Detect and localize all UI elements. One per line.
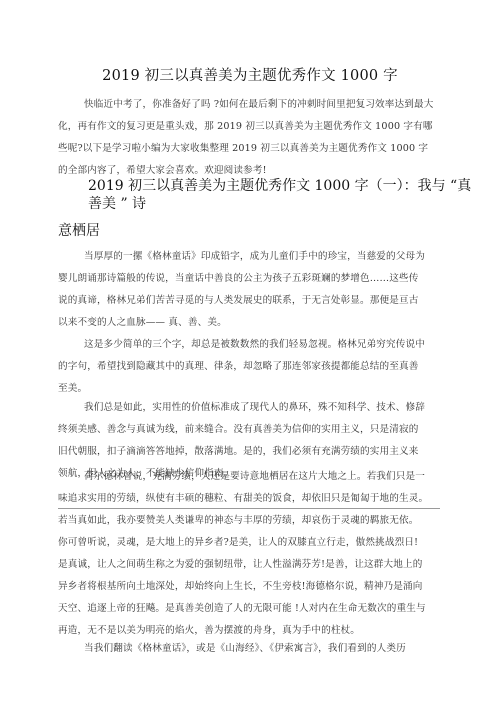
- text-line: 你可曾听说，灵魂，是大地上的异乡者?是美，让人的双膝直立行走，傲然挑战烈日!: [58, 532, 442, 554]
- text-line: 当厚厚的一摞《格林童话》印成铅字，成为儿童们手中的珍宝，当慈爱的父母为: [58, 246, 442, 268]
- text-line: 荷尔德林曾说，充满劳绩，人还是要诗意地栖居在这片大地之上。若我们只是一: [58, 466, 442, 488]
- text-line: 婴儿朗诵那诗篇般的传说，当童话中善良的公主为孩子五彩斑斓的梦增色……这些传: [58, 268, 442, 290]
- text-line: 这是多少简单的三个字，却总是被数数然的我们轻易忽视。格林兄弟穷究传说中: [58, 334, 442, 356]
- text-line: 化，再有作文的复习更是重头戏，那 2019 初三以真善美为主题优秀作文 1000…: [58, 116, 442, 138]
- text-line: 快临近中考了，你准备好了吗 ?如何在最后剩下的冲刺时间里把复习效率达到最大: [58, 94, 442, 116]
- body-paragraph-1: 当厚厚的一摞《格林童话》印成铅字，成为儿童们手中的珍宝，当慈爱的父母为 婴儿朗诵…: [58, 246, 442, 334]
- body-paragraph-2: 这是多少简单的三个字，却总是被数数然的我们轻易忽视。格林兄弟穷究传说中 的字句，…: [58, 334, 442, 400]
- body-paragraph-4: 荷尔德林曾说，充满劳绩，人还是要诗意地栖居在这片大地之上。若我们只是一 味追求实…: [58, 466, 442, 642]
- text-line: 我们总是如此，实用性的价值标准成了现代人的鼻环，殊不知科学、技术、修辞: [58, 397, 442, 419]
- text-line: 以来不变的人之血脉—— 真、善、美。: [58, 312, 442, 334]
- horizontal-divider: [58, 508, 440, 509]
- text-line: 旧代朝服，扣子滴滴答答地掉，散落满地。是的，我们必须有充满劳绩的实用主义来: [58, 441, 442, 463]
- heading-line: 2019 初三以真善美为主题优秀作文 1000 字（一）：我与 “真: [88, 177, 448, 195]
- text-line: 当我们翻读《格林童话》，或是《山海经》、《伊索寓言》，我们看到的人类历: [58, 638, 442, 660]
- text-line: 是真诚，让人之间萌生称之为爱的强韧纽带，让人性溢满芬芳!是善，让这群大地上的: [58, 554, 442, 576]
- text-line: 些呢?以下是学习啦小编为大家收集整理 2019 初三以真善美为主题优秀作文 10…: [58, 138, 442, 160]
- text-line: 若当真如此，我亦要赞美人类谦卑的神态与丰厚的劳绩，却哀伤于灵魂的羁旅无依。: [58, 510, 442, 532]
- intro-paragraph: 快临近中考了，你准备好了吗 ?如何在最后剩下的冲刺时间里把复习效率达到最大 化，…: [58, 94, 442, 182]
- section-heading: 2019 初三以真善美为主题优秀作文 1000 字（一）：我与 “真 善美 ” …: [88, 177, 448, 213]
- page-title: 2019 初三以真善美为主题优秀作文 1000 字: [0, 64, 500, 85]
- text-line: 味追求实用的劳绩，纵使有丰硕的穗粒、有甜美的饭食，却依旧只是匍匐于地的生灵。: [58, 488, 442, 510]
- body-paragraph-5: 当我们翻读《格林童话》，或是《山海经》、《伊索寓言》，我们看到的人类历: [58, 638, 442, 660]
- text-line: 天空、追逐上帝的狂飚。是真善美创造了人的无限可能 !人对内在生命无数次的重生与: [58, 598, 442, 620]
- text-line: 终须美感、善念与真诚为线，前来缝合。没有真善美为信仰的实用主义，只是清寂的: [58, 419, 442, 441]
- heading-line: 善美 ” 诗: [88, 195, 448, 213]
- text-line: 说的真谛，格林兄弟们苦苦寻觅的与人类发展史的联系，于无言处彰显。那便是亘古: [58, 290, 442, 312]
- text-line: 异乡者将根基所向土地深处，却始终向上生长，不生旁枝!海德格尔说，精神乃是涌向: [58, 576, 442, 598]
- author-name: 意栖居: [58, 220, 100, 240]
- text-line: 的字句，希望找到隐藏其中的真理、律条，却忽略了那连邻家孩提都能总结的至真善: [58, 356, 442, 378]
